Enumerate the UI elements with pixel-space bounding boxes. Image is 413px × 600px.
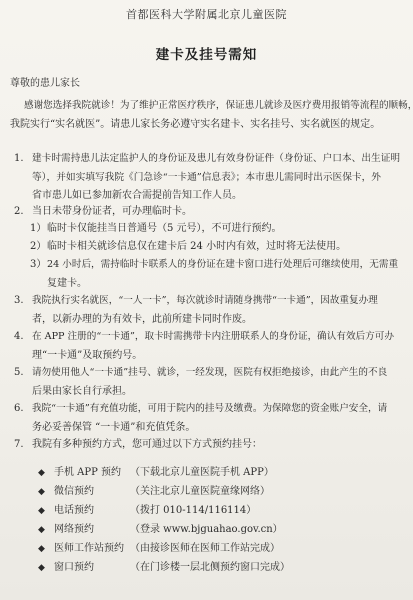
- sub-number: 1）: [30, 220, 46, 239]
- rule-line: 理“一卡通”及取预约号。: [32, 347, 394, 366]
- appointment-desc: （下载北京儿童医院手机 APP）: [130, 464, 274, 483]
- sub-line: 临时卡仅能挂当日普通号（5 元号），不可进行预约。: [47, 220, 282, 239]
- appointment-desc: （在门诊楼一层北侧预约窗口完成）: [130, 559, 290, 578]
- diamond-bullet-icon: ◆: [38, 502, 45, 521]
- sub-number: 2）: [30, 238, 46, 257]
- diamond-bullet-icon: ◆: [38, 559, 45, 578]
- appointment-desc: （由接诊医师在医师工作站完成）: [130, 540, 280, 559]
- rule-line: 务必妥善保管 “一卡通”和充值凭条。: [32, 419, 387, 438]
- appointment-method: 网络预约: [54, 521, 94, 540]
- sub-number: 3）: [30, 256, 46, 275]
- notice-document: 首都医科大学附属北京儿童医院 建卡及挂号需知 尊敬的患儿家长 感谢您选择我院就诊…: [0, 0, 413, 600]
- rule-line: 我院“一卡通”有充值功能，可用于院内的挂号及缴费。为保障您的资金账户安全，请: [32, 400, 387, 419]
- appointment-desc: （登录 www.bjguahao.gov.cn）: [130, 521, 283, 540]
- appointment-method: 手机 APP 预约: [54, 464, 121, 483]
- rule-number: 3.: [14, 292, 24, 311]
- greeting: 尊敬的患儿家长: [10, 74, 80, 89]
- intro-paragraph: 感谢您选择我院就诊！为了维护正常医疗秩序，保证患儿就诊及医疗费用报销等流程的顺畅…: [10, 97, 410, 134]
- rule-number: 2.: [14, 203, 24, 222]
- diamond-bullet-icon: ◆: [38, 521, 45, 540]
- appointment-desc: （关注北京儿童医院童缘网络）: [130, 483, 270, 502]
- page-title: 建卡及挂号需知: [0, 43, 413, 63]
- rule-line: 我院有多种预约方式，您可通过以下方式预约挂号：: [32, 436, 262, 455]
- sub-line: 复建卡。: [47, 275, 398, 294]
- intro-line-1: 感谢您选择我院就诊！为了维护正常医疗秩序，保证患儿就诊及医疗费用报销等流程的顺畅…: [10, 97, 410, 116]
- rule-line: 者，以新办理的为有效卡，此前所建卡同时作废。: [32, 311, 378, 330]
- rule-line: 建卡时需持患儿法定监护人的身份证及患儿有效身份证件（身份证、户口本、出生证明: [32, 150, 407, 169]
- intro-line-2: 我院实行“实名就医”。请患儿家长务必遵守实名建卡、实名挂号、实名就医的规定。: [10, 116, 410, 135]
- rule-number: 4.: [14, 328, 24, 347]
- rule-line: 我院执行实名就医，“一人一卡”，每次就诊时请随身携带“一卡通”，因故重复办理: [32, 292, 378, 311]
- appointment-method: 医师工作站预约: [54, 540, 124, 559]
- rule-number: 7.: [14, 436, 24, 455]
- appointment-desc: （拨打 010-114/116114）: [130, 502, 256, 521]
- rule-number: 1.: [14, 150, 24, 169]
- appointment-method: 电话预约: [54, 502, 94, 521]
- sub-line: 临时卡相关就诊信息仅在建卡后 24 小时内有效，过时将无法使用。: [47, 238, 346, 257]
- rule-line: 请勿使用他人“一卡通”挂号、就诊，一经发现，医院有权拒绝接诊，由此产生的不良: [32, 364, 387, 383]
- rule-line: 在 APP 注册的“一卡通”，取卡时需携带卡内注册联系人的身份证，确认有效后方可…: [32, 328, 394, 347]
- appointment-method: 窗口预约: [54, 559, 94, 578]
- diamond-bullet-icon: ◆: [38, 540, 45, 559]
- rule-line: 等），并如实填写我院《门急诊“一卡通”信息表》；本市患儿需同时出示医保卡，外: [32, 169, 407, 188]
- sub-line: 24 小时后，需持临时卡联系人的身份证在建卡窗口进行处理后可继续使用，无需重: [47, 256, 398, 275]
- rule-line: 后果由家长自行承担。: [32, 383, 387, 402]
- hospital-name: 首都医科大学附属北京儿童医院: [0, 6, 413, 22]
- rule-line: 当日未带身份证者，可办理临时卡。: [32, 203, 192, 222]
- appointment-method: 微信预约: [54, 483, 94, 502]
- rule-number: 5.: [14, 364, 24, 383]
- diamond-bullet-icon: ◆: [38, 464, 45, 483]
- rule-number: 6.: [14, 400, 24, 419]
- diamond-bullet-icon: ◆: [38, 483, 45, 502]
